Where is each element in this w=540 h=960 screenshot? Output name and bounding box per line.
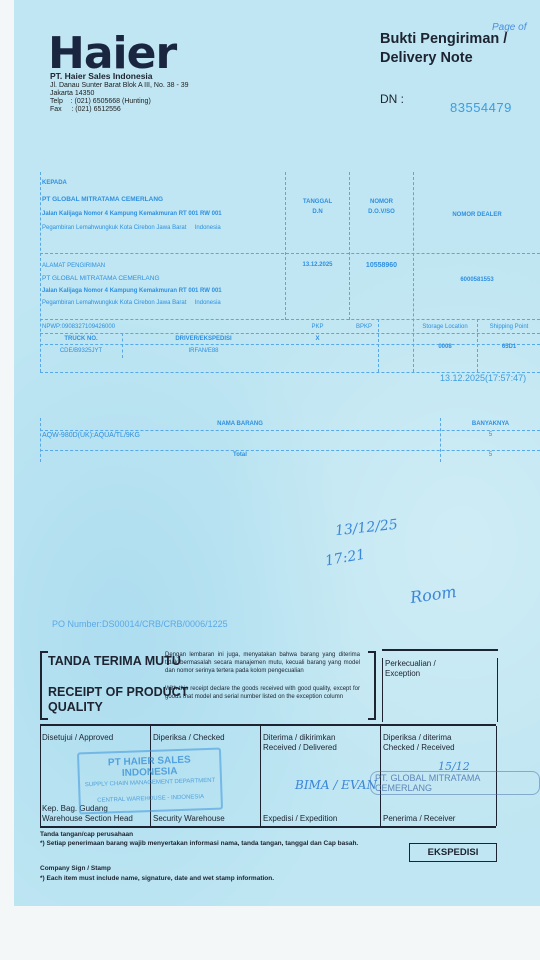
kepada-name: PT GLOBAL MITRATAMA CEMERLANG <box>42 196 163 203</box>
company-fax: Fax : (021) 6512556 <box>50 106 121 115</box>
truck-value: CDE/B9325JYT <box>40 348 122 354</box>
alamat-address-2: Pegambiran Lemahwungkuk Kota Cirebon Jaw… <box>42 300 221 306</box>
col-banyaknya: BANYAKNYA <box>441 421 540 427</box>
driver-label: DRIVER/EKSPEDISI <box>122 336 285 342</box>
shipping-point-value: 65D1 <box>478 344 540 350</box>
quality-text-id: Dengan lembaran ini juga, menyatakan bah… <box>165 651 360 675</box>
total-label: Total <box>40 452 440 458</box>
footer-note-id: *) Setiap penerimaan barang wajib menyer… <box>40 840 358 847</box>
print-timestamp: 13.12.2025(17:57:47) <box>440 373 526 383</box>
kepada-address-1: Jalan Kalijaga Nomor 4 Kampung Kemakmura… <box>42 211 222 217</box>
page-stamp: Page of <box>492 22 526 33</box>
global-company-stamp: PT. GLOBAL MITRATAMA CEMERLANG <box>370 771 540 795</box>
tanggal-value: 13.12.2025 <box>286 262 349 268</box>
driver-value: IRFAN/E88 <box>122 348 285 354</box>
alamat-address-1: Jalan Kalijaga Nomor 4 Kampung Kemakmura… <box>42 288 222 294</box>
sig-received-label: Diperiksa / diterima Checked / Received <box>383 733 455 753</box>
pkp-value: X <box>286 336 349 342</box>
truck-label: TRUCK NO. <box>40 336 122 342</box>
dn-label: DN : <box>380 92 404 106</box>
storage-location-value: 0008 <box>413 344 477 350</box>
shipping-point-label: Shipping Point <box>478 324 540 330</box>
storage-location-label: Storage Location <box>413 324 477 330</box>
copy-label-ekspedisi: EKSPEDISI <box>409 843 497 862</box>
footer-sign-id: Tanda tangan/cap perusahaan <box>40 831 133 838</box>
dealer-header: NOMOR DEALER <box>414 212 540 218</box>
sig-checked-role: Security Warehouse <box>153 814 225 824</box>
title-en: Delivery Note <box>380 49 507 68</box>
haier-warehouse-stamp: PT HAIER SALES INDONESIA SUPPLY CHAIN MA… <box>77 748 223 815</box>
alamat-name: PT GLOBAL MITRATAMA CEMERLANG <box>42 275 160 282</box>
receiver-handwriting: 15/12 <box>438 760 470 773</box>
item-name: AQW-980D(UK):AQUA/TL/9KG <box>42 432 140 439</box>
tanggal-header: TANGGAL D.N <box>286 197 349 217</box>
item-qty: 5 <box>441 432 540 438</box>
title-id: Bukti Pengiriman / <box>380 30 507 49</box>
do-number-value: 10558960 <box>350 262 413 269</box>
footer-note-en: *) Each item must include name, signatur… <box>40 875 274 882</box>
quality-text-en: With this receipt declare the goods rece… <box>165 685 360 701</box>
bpkp-label: BPKP <box>350 324 378 330</box>
document-title: Bukti Pengiriman / Delivery Note <box>380 30 507 68</box>
footer-sign-en: Company Sign / Stamp <box>40 865 111 872</box>
sig-checked-label: Diperiksa / Checked <box>153 733 225 743</box>
quality-title-id: TANDA TERIMA MUTU <box>48 654 181 668</box>
sig-received-role: Penerima / Receiver <box>383 814 455 824</box>
col-nama-barang: NAMA BARANG <box>40 421 440 427</box>
nomor-header: NOMOR D.O.V/SO <box>350 197 413 217</box>
kepada-address-2: Pegambiran Lemahwungkuk Kota Cirebon Jaw… <box>42 225 221 231</box>
sig-approved-label: Disetujui / Approved <box>42 733 113 743</box>
total-qty: 5 <box>441 452 540 458</box>
sig-delivered-role: Expedisi / Expedition <box>263 814 337 824</box>
dn-number: 83554479 <box>450 100 512 115</box>
po-number: PO Number:DS00014/CRB/CRB/0006/1225 <box>52 619 228 629</box>
dealer-value: 6000581553 <box>414 277 540 283</box>
company-name: PT. Haier Sales Indonesia <box>50 71 153 81</box>
exception-box[interactable]: Perkecualian / Exception <box>385 659 436 679</box>
pkp-label: PKP <box>286 324 349 330</box>
expedition-handwriting: BIMA / EVAN <box>295 778 377 792</box>
sig-delivered-label: Diterima / dikirimkan Received / Deliver… <box>263 733 337 753</box>
npwp: NPWP:0908327109426000 <box>42 324 115 330</box>
alamat-label: ALAMAT PENGIRIMAN <box>42 263 105 269</box>
kepada-label: KEPADA <box>42 180 67 186</box>
